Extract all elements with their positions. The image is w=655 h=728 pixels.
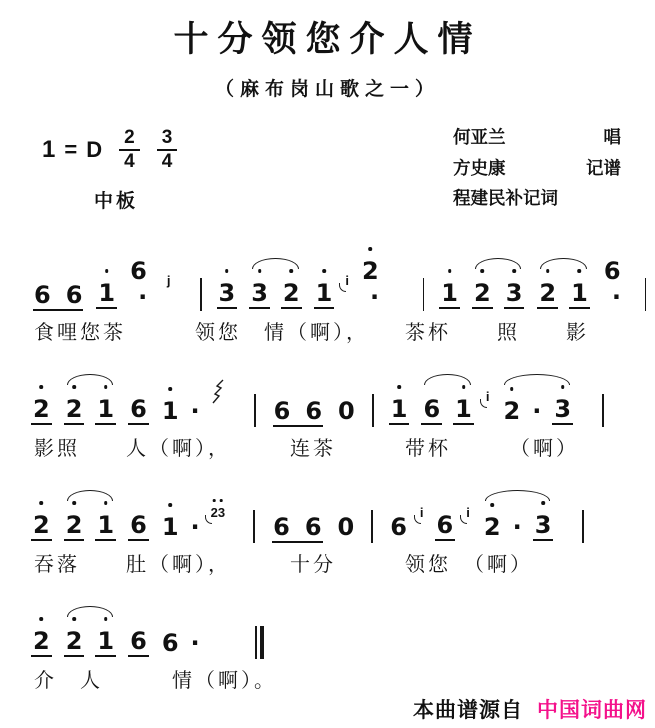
octave-dot-icon <box>510 387 514 391</box>
note-digit: 3 <box>249 281 270 309</box>
note-digit: 6 <box>128 513 149 541</box>
note: 6 <box>434 489 457 546</box>
note-digit: 0 <box>336 515 357 541</box>
octave-dot-icon <box>322 269 326 273</box>
song-subtitle: （麻布岗山歌之一） <box>0 74 655 101</box>
footer-brand: 中国词曲网 <box>537 699 647 722</box>
grace-digit: 2 <box>211 505 218 520</box>
note: 2 <box>30 489 53 546</box>
note-digit: 1 <box>160 399 181 425</box>
spacer <box>398 313 409 314</box>
grace-note: i <box>345 273 349 288</box>
note-digit: 2 <box>31 629 52 657</box>
beam-group: 66 <box>269 491 325 546</box>
octave-dot-icon <box>72 617 76 621</box>
note: 6· <box>159 607 201 662</box>
score-area: 6616·j3321i2·123216·食哩您茶 领您 情（啊）， 茶杯 照 影… <box>30 252 651 716</box>
note-digit: 3 <box>533 513 554 541</box>
octave-dot-icon <box>40 501 44 505</box>
spacer <box>564 545 568 546</box>
note-digit: 6 <box>435 513 456 541</box>
note: 2 <box>30 373 53 430</box>
notes-line: 22166· <box>30 600 651 662</box>
barline <box>372 394 374 427</box>
note-digit: 1 <box>453 397 474 425</box>
grace-digit: 3 <box>218 505 225 520</box>
note-digit: 0 <box>336 399 357 425</box>
lyrics-line: 食哩您茶 领您 情（啊）， 茶杯 照 影 <box>34 316 651 345</box>
slur-group: 32 <box>247 257 303 314</box>
credit-notator: 方史康 记谱 <box>453 153 621 184</box>
note: 1 <box>568 257 591 314</box>
grace-note: i <box>420 505 424 520</box>
augmentation-dot-icon: · <box>612 285 621 309</box>
note: 6 <box>420 373 443 430</box>
slur-group: 21 <box>62 373 118 430</box>
note-digit: 6 <box>303 399 324 425</box>
note-digit: 6 <box>421 397 442 425</box>
note-digit: 2 <box>472 281 493 309</box>
sheet-music-page: 十分领您介人情 （麻布岗山歌之一） 1 = D 2 4 3 4 中板 何亚兰 <box>0 0 655 728</box>
note: 3 <box>248 257 271 314</box>
note-digit: 6 <box>303 515 324 541</box>
octave-dot-icon <box>512 269 516 273</box>
augmentation-dot-icon: · <box>532 399 541 423</box>
note-digit: 1 <box>314 281 335 309</box>
octave-dot-icon <box>541 501 545 505</box>
key-tempo-block: 1 = D 2 4 3 4 中板 <box>42 122 177 214</box>
spacer <box>181 313 187 314</box>
note-digit: 6 <box>128 259 149 285</box>
note: 1· <box>159 491 201 546</box>
grace-note: 23 <box>211 505 225 520</box>
note-digit: 2 <box>31 397 52 425</box>
slur-group: 21 <box>535 257 591 314</box>
augmentation-dot-icon: · <box>138 285 147 309</box>
key-tonic: D <box>86 137 102 163</box>
note: 1· <box>159 375 201 430</box>
augmentation-dot-icon: · <box>513 515 522 539</box>
note-digit: 6 <box>128 397 149 425</box>
note-digit: 6 <box>32 283 53 309</box>
note: 0 <box>335 491 358 546</box>
octave-dot-icon <box>220 499 223 502</box>
note-digit: 1 <box>95 397 116 425</box>
grace-note: j <box>167 273 171 288</box>
slur-group: 61 <box>419 373 475 430</box>
note: 1 <box>452 373 475 430</box>
slur-group: 2·3 <box>499 373 575 430</box>
note: 1 <box>94 605 117 662</box>
note: 6 <box>270 491 293 546</box>
key-equals: = <box>64 137 77 163</box>
octave-dot-icon <box>462 385 466 389</box>
spacer <box>235 545 239 546</box>
score-system: 22166·介 人 情（啊）。 <box>30 600 651 693</box>
note-digit: 1 <box>569 281 590 309</box>
score-system: 6616·j3321i2·123216·食哩您茶 领您 情（啊）， 茶杯 照 影 <box>30 252 651 345</box>
octave-dot-icon <box>481 269 485 273</box>
note: 3 <box>503 257 526 314</box>
breath-squiggle-icon <box>210 379 225 410</box>
note: 6 <box>127 489 150 546</box>
octave-dot-icon <box>546 269 550 273</box>
note: 2 <box>471 257 494 314</box>
note: 2· <box>481 491 523 546</box>
barline <box>254 394 256 427</box>
spacer <box>584 429 588 430</box>
octave-dot-icon <box>72 501 76 505</box>
notes-line: 22161·236606i6i2·3 <box>30 484 651 546</box>
beam-group: 66 <box>270 375 326 430</box>
note: 2 <box>63 605 86 662</box>
credit-singer: 何亚兰 唱 <box>453 122 621 153</box>
barline <box>423 278 424 311</box>
notes-line: 22161·660161i2·3 <box>30 368 651 430</box>
barline <box>253 510 255 543</box>
note-digit: 6 <box>64 283 85 309</box>
spacer <box>234 429 240 430</box>
note: 6 <box>302 491 325 546</box>
meter-first: 2 4 <box>119 128 140 172</box>
note: 1 <box>94 373 117 430</box>
note-digit: 2 <box>31 513 52 541</box>
slur-group: 23 <box>470 257 526 314</box>
credit-lyricist: 程建民补记词 <box>453 183 621 214</box>
barline <box>371 510 373 543</box>
note: 6 <box>271 375 294 430</box>
augmentation-dot-icon: · <box>370 285 379 309</box>
note-digit: 6 <box>271 515 292 541</box>
note-digit: 1 <box>96 281 117 309</box>
octave-dot-icon <box>490 503 494 507</box>
note: 6· <box>127 235 157 314</box>
augmentation-dot-icon: · <box>191 399 200 423</box>
octave-dot-icon <box>105 269 109 273</box>
note-digit: 1 <box>160 515 181 541</box>
note: 3 <box>532 489 555 546</box>
note: 6 <box>31 259 54 314</box>
note: 1 <box>388 373 411 430</box>
octave-dot-icon <box>225 269 229 273</box>
note: 1 <box>94 489 117 546</box>
note-digit: 2 <box>482 515 503 541</box>
key-do: 1 <box>42 136 55 164</box>
octave-dot-icon <box>104 501 108 505</box>
note: 0 <box>335 375 358 430</box>
note: 1 <box>438 257 461 314</box>
octave-dot-icon <box>448 269 452 273</box>
note-digit: 6 <box>388 515 409 541</box>
footer-source: 本曲谱源自 <box>413 699 523 722</box>
tempo-label: 中板 <box>94 186 177 213</box>
slur-group: 2·3 <box>480 489 556 546</box>
note-digit: 2 <box>537 281 558 309</box>
grace-note: i <box>486 389 490 404</box>
barline <box>582 510 584 543</box>
grace-note: i <box>466 505 470 520</box>
octave-dot-icon <box>72 385 76 389</box>
note-digit: 2 <box>64 513 85 541</box>
note-digit: 3 <box>217 281 238 309</box>
octave-dot-icon <box>40 385 44 389</box>
note: 6 <box>127 373 150 430</box>
note-digit: 3 <box>552 397 573 425</box>
note: 6 <box>387 491 410 546</box>
meta-row: 1 = D 2 4 3 4 中板 何亚兰 唱 方史康 记谱 <box>42 122 621 214</box>
note-digit: 1 <box>95 629 116 657</box>
note: 3 <box>551 373 574 430</box>
note-digit: 1 <box>389 397 410 425</box>
octave-dot-icon <box>397 385 401 389</box>
note-digit: 6 <box>602 259 623 285</box>
lyrics-line: 影照 人（啊）， 连茶 带杯 （啊） <box>34 432 651 461</box>
note: 2 <box>280 257 303 314</box>
score-system: 22161·236606i6i2·3吞落 肚（啊）， 十分 领您 （啊） <box>30 484 651 577</box>
note: 1 <box>313 257 336 314</box>
octave-dot-icon <box>289 269 293 273</box>
meter-second: 3 4 <box>157 128 178 172</box>
note-digit: 1 <box>95 513 116 541</box>
note: 6 <box>302 375 325 430</box>
note-digit: 2 <box>64 397 85 425</box>
note: 2· <box>500 375 542 430</box>
note: 1 <box>95 257 118 314</box>
octave-dot-icon <box>168 503 172 507</box>
note-digit: 3 <box>504 281 525 309</box>
note: 6 <box>63 259 86 314</box>
note-digit: 6 <box>160 631 181 657</box>
note: 3 <box>216 257 239 314</box>
note: 6 <box>127 605 150 662</box>
note: 2 <box>30 605 53 662</box>
song-title: 十分领您介人情 <box>0 12 655 62</box>
credits-block: 何亚兰 唱 方史康 记谱 程建民补记词 <box>453 122 621 214</box>
note-digit: 2 <box>281 281 302 309</box>
spacer <box>210 661 244 662</box>
note-digit: 2 <box>64 629 85 657</box>
note-digit: 2 <box>501 399 522 425</box>
barline <box>645 278 646 311</box>
note: 2 <box>536 257 559 314</box>
note: 6· <box>601 235 631 314</box>
note-digit: 1 <box>439 281 460 309</box>
barline-thick <box>260 626 264 659</box>
slur-group: 21 <box>62 605 118 662</box>
augmentation-dot-icon: · <box>191 515 200 539</box>
augmentation-dot-icon: · <box>191 631 200 655</box>
key-signature: 1 = D 2 4 3 4 <box>42 128 177 172</box>
octave-dot-icon <box>368 247 372 251</box>
note-digit: 6 <box>128 629 149 657</box>
note: 2 <box>63 373 86 430</box>
slur-group: 21 <box>62 489 118 546</box>
note: 2· <box>359 235 389 314</box>
score-system: 22161·660161i2·3影照 人（啊）， 连茶 带杯 （啊） <box>30 368 651 461</box>
barline <box>602 394 604 427</box>
note: 2 <box>63 489 86 546</box>
barline <box>200 278 201 311</box>
octave-dot-icon <box>104 617 108 621</box>
lyrics-line: 吞落 肚（啊）， 十分 领您 （啊） <box>34 548 651 577</box>
beam-group: 66 <box>30 259 86 314</box>
octave-dot-icon <box>40 617 44 621</box>
octave-dot-icon <box>104 385 108 389</box>
octave-dot-icon <box>168 387 172 391</box>
barline-thin <box>255 626 257 659</box>
lyrics-line: 介 人 情（啊）。 <box>34 664 651 693</box>
notes-line: 6616·j3321i2·123216· <box>30 252 651 314</box>
octave-dot-icon <box>561 385 565 389</box>
octave-dot-icon <box>578 269 582 273</box>
note-digit: 6 <box>272 399 293 425</box>
footer: 本曲谱源自中国词曲网 <box>413 694 647 724</box>
note-digit: 2 <box>360 259 381 285</box>
octave-dot-icon <box>258 269 262 273</box>
octave-dot-icon <box>213 499 216 502</box>
final-barline <box>255 626 264 659</box>
